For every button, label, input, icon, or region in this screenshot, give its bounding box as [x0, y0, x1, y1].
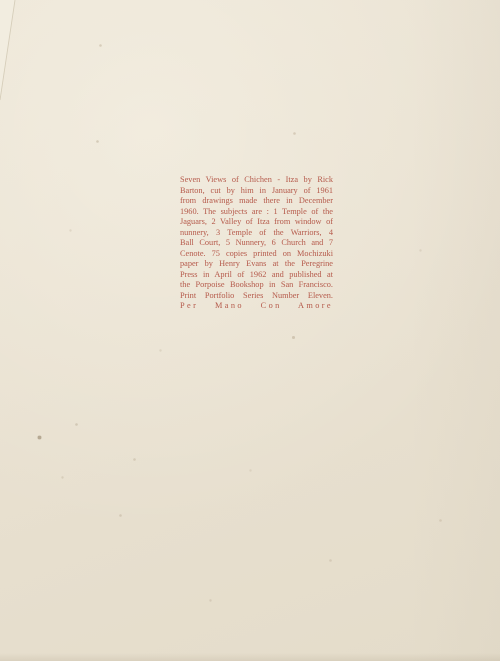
colophon-line: the Porpoise Bookshop in San Francisco. [180, 280, 333, 291]
colophon-line: Print Portfolio Series Number Eleven. [180, 291, 333, 302]
colophon-line: Cenote. 75 copies printed on Mochizuki [180, 249, 333, 260]
colophon-text-block: Seven Views of Chichen - Itza by Rick Ba… [180, 175, 333, 312]
colophon-line: 1960. The subjects are : 1 Temple of the [180, 207, 333, 218]
colophon-line: Seven Views of Chichen - Itza by Rick [180, 175, 333, 186]
colophon-line: paper by Henry Evans at the Peregrine [180, 259, 333, 270]
colophon-line: Press in April of 1962 and published at [180, 270, 333, 281]
colophon-motto-line: Per Mano Con Amore [180, 301, 333, 312]
colophon-line: from drawings made there in December [180, 196, 333, 207]
colophon-line: nunnery, 3 Temple of the Warriors, 4 [180, 228, 333, 239]
colophon-line: Ball Court, 5 Nunnery, 6 Church and 7 [180, 238, 333, 249]
paper-sheet: Seven Views of Chichen - Itza by Rick Ba… [0, 0, 500, 661]
paper-corner-edge [0, 0, 22, 110]
colophon-line: Barton, cut by him in January of 1961 [180, 186, 333, 197]
paper-specks [0, 0, 1, 1]
colophon-line: Jaguars, 2 Valley of Itza from window of [180, 217, 333, 228]
